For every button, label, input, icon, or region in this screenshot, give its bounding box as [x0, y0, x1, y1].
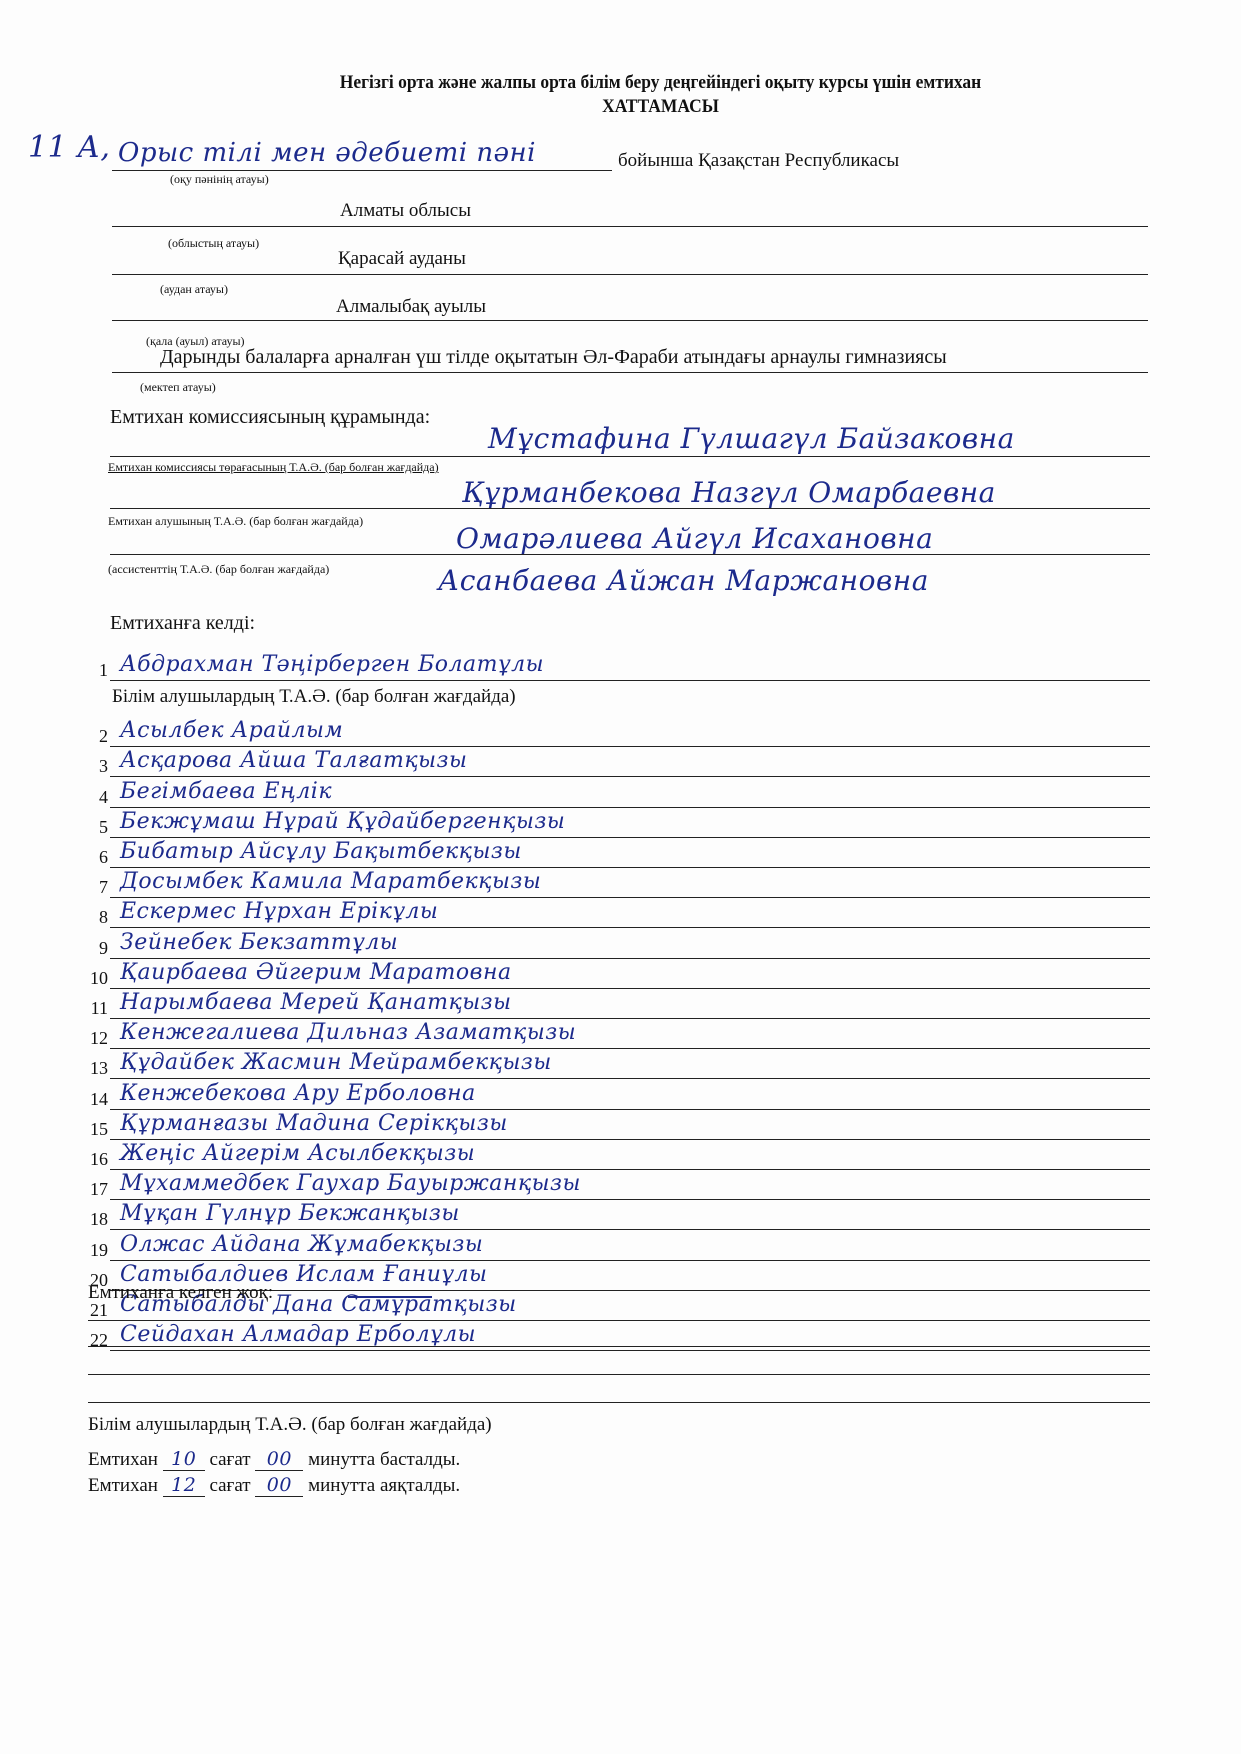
student-underline [110, 807, 1150, 808]
student-name-handwritten: Құрманғазы Мадина Серікқызы [120, 1111, 508, 1136]
chair-name-handwritten: Мұстафина Гүлшагүл Байзаковна [488, 422, 1015, 455]
start-hour-word: сағат [209, 1449, 250, 1470]
student-underline [110, 867, 1150, 868]
student-underline [110, 897, 1150, 898]
student-number: 10 [80, 968, 108, 989]
region-underline [112, 226, 1148, 227]
student-underline [110, 746, 1150, 747]
student-underline [110, 958, 1150, 959]
student-name-handwritten: Кенжегалиева Дильназ Азаматқызы [120, 1020, 576, 1045]
settlement-value: Алмалыбақ ауылы [336, 296, 486, 318]
student-name-handwritten: Кенжебекова Ару Ерболовна [120, 1081, 476, 1106]
absent-caption: Білім алушылардың Т.А.Ә. (бар болған жағ… [88, 1414, 492, 1436]
document-page: Негізгі орта және жалпы орта білім беру … [0, 0, 1241, 1754]
student-underline [110, 988, 1150, 989]
end-prefix: Емтихан [88, 1475, 158, 1496]
student-name-handwritten: Сейдахан Алмадар Ерболұлы [120, 1322, 476, 1347]
student-number: 9 [80, 938, 108, 959]
examiner-underline [110, 508, 1150, 509]
student-number: 2 [80, 726, 108, 747]
exam-end-line: Емтихан 12 сағат 00 минутта аяқталды. [88, 1474, 460, 1497]
examiner-name-handwritten: Құрманбекова Назгүл Омарбаевна [462, 476, 996, 509]
settlement-underline [112, 320, 1148, 321]
subject-underline [112, 170, 612, 171]
absent-heading: Емтиханға келген жоқ: [88, 1282, 273, 1304]
start-minute: 00 [255, 1448, 303, 1471]
student-underline [110, 1048, 1150, 1049]
student-underline [110, 776, 1150, 777]
district-value: Қарасай ауданы [338, 248, 466, 270]
chair-caption: Емтихан комиссиясы төрағасының Т.А.Ә. (б… [108, 460, 439, 475]
document-subtitle: ХАТТАМАСЫ [90, 96, 1232, 118]
chair-underline [110, 456, 1150, 457]
student-underline [110, 1260, 1150, 1261]
student-name-handwritten: Олжас Айдана Жұмабекқызы [120, 1232, 483, 1257]
student-number: 7 [80, 877, 108, 898]
student-underline [110, 1199, 1150, 1200]
student-name-handwritten: Жеңіс Айгерім Асылбекқызы [120, 1141, 475, 1166]
student-number: 5 [80, 817, 108, 838]
student-underline [110, 1169, 1150, 1170]
student-number: 18 [80, 1209, 108, 1230]
assistant-2-handwritten: Асанбаева Айжан Маржановна [438, 564, 929, 597]
student-underline [110, 1109, 1150, 1110]
commission-heading: Емтихан комиссиясының құрамында: [110, 406, 430, 429]
end-minute: 00 [255, 1474, 303, 1497]
student-number: 11 [80, 998, 108, 1019]
student-name-handwritten: Бекжұмаш Нұрай Құдайбергенқызы [120, 809, 565, 834]
absent-line-3 [88, 1374, 1150, 1375]
student-number: 8 [80, 907, 108, 928]
assistant-caption: (ассистенттің Т.А.Ә. (бар болған жағдайд… [108, 562, 329, 577]
student-number: 19 [80, 1240, 108, 1261]
school-value: Дарынды балаларға арналған үш тілде оқыт… [160, 346, 947, 369]
subject-caption: (оқу пәнінің атауы) [170, 172, 269, 187]
student-name-handwritten: Зейнебек Бекзаттұлы [120, 930, 398, 955]
student-number: 14 [80, 1089, 108, 1110]
student-number: 17 [80, 1179, 108, 1200]
student-underline [110, 1350, 1150, 1351]
student-number: 13 [80, 1058, 108, 1079]
student-name-handwritten: Нарымбаева Мерей Қанатқызы [120, 990, 512, 1015]
student-number: 12 [80, 1028, 108, 1049]
students-caption: Білім алушылардың Т.А.Ә. (бар болған жағ… [112, 686, 516, 708]
school-underline [112, 372, 1148, 373]
absent-line-4 [88, 1402, 1150, 1403]
student-number: 6 [80, 847, 108, 868]
student-number: 16 [80, 1149, 108, 1170]
region-caption: (облыстың атауы) [168, 236, 259, 251]
class-handwritten: 11 А, [28, 130, 110, 165]
document-title: Негізгі орта және жалпы орта білім беру … [90, 72, 1232, 94]
school-caption: (мектеп атауы) [140, 380, 216, 395]
student-underline [110, 1229, 1150, 1230]
student-name-handwritten: Досымбек Камила Маратбекқызы [120, 869, 541, 894]
absent-line-1 [88, 1320, 1150, 1321]
district-caption: (аудан атауы) [160, 282, 228, 297]
subject-suffix: бойынша Қазақстан Республикасы [618, 150, 899, 172]
student-underline [110, 1139, 1150, 1140]
student-name-handwritten: Мұқан Гүлнұр Бекжанқызы [120, 1201, 460, 1226]
student-name-handwritten: Асылбек Арайлым [120, 718, 343, 743]
student-name-handwritten: Мұхаммедбек Гаухар Бауыржанқызы [120, 1171, 581, 1196]
end-suffix: минутта аяқталды. [308, 1475, 460, 1496]
student-number: 22 [80, 1330, 108, 1351]
attended-heading: Емтиханға келді: [110, 612, 255, 635]
student-underline [110, 1078, 1150, 1079]
student-underline [110, 837, 1150, 838]
student-name-handwritten: Қаирбаева Әйгерим Маратовна [120, 960, 512, 985]
student-number: 15 [80, 1119, 108, 1140]
student-name-handwritten: Бибатыр Айсұлу Бақытбекқызы [120, 839, 522, 864]
student-name-handwritten: Бегімбаева Еңлік [120, 779, 332, 804]
student-name-handwritten: Абдрахман Тәңірберген Болатұлы [120, 652, 544, 677]
student-name-handwritten: Ескермес Нұрхан Ерікұлы [120, 899, 438, 924]
assistant-1-handwritten: Омарәлиева Айгүл Исахановна [456, 522, 933, 555]
student-number: 1 [80, 660, 108, 681]
exam-start-line: Емтихан 10 сағат 00 минутта басталды. [88, 1448, 460, 1471]
subject-handwritten: Орыс тілі мен әдебиеті пәні [118, 138, 536, 168]
student-underline [110, 680, 1150, 681]
start-hour: 10 [163, 1448, 205, 1471]
examiner-caption: Емтихан алушының Т.А.Ә. (бар болған жағд… [108, 514, 363, 529]
assistant-underline [110, 554, 1150, 555]
absent-dash [348, 1296, 432, 1298]
end-hour-word: сағат [209, 1475, 250, 1496]
student-number: 4 [80, 787, 108, 808]
start-prefix: Емтихан [88, 1449, 158, 1470]
student-underline [110, 927, 1150, 928]
region-value: Алматы облысы [340, 200, 471, 222]
end-hour: 12 [163, 1474, 205, 1497]
student-number: 3 [80, 756, 108, 777]
student-name-handwritten: Құдайбек Жасмин Мейрамбекқызы [120, 1050, 552, 1075]
student-name-handwritten: Асқарова Айша Талғатқызы [120, 748, 467, 773]
student-underline [110, 1018, 1150, 1019]
start-suffix: минутта басталды. [308, 1449, 460, 1470]
absent-line-2 [88, 1346, 1150, 1347]
district-underline [112, 274, 1148, 275]
